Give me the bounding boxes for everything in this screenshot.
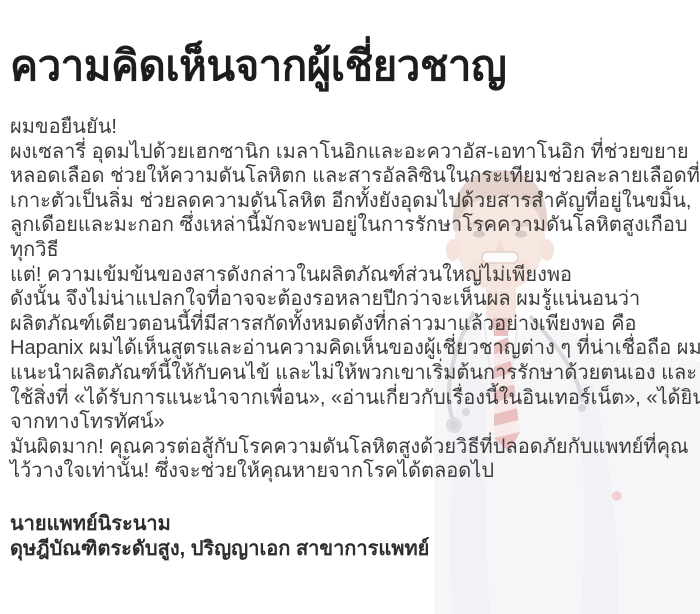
- body-line: แนะนำผลิตภัณฑ์นี้ให้กับคนไข้ และไม่ให้พว…: [10, 361, 690, 386]
- page-title: ความคิดเห็นจากผู้เชี่ยวชาญ: [10, 38, 690, 93]
- signature-name: นายแพทย์นิระนาม: [10, 512, 690, 537]
- article-content: ความคิดเห็นจากผู้เชี่ยวชาญ ผมขอยืนยัน! ผ…: [0, 38, 700, 562]
- body-line: Hapanix ผมได้เห็นสูตรและอ่านความคิดเห็นข…: [10, 336, 690, 361]
- body-line: ผมขอยืนยัน!: [10, 115, 690, 140]
- body-line: จากทางโทรทัศน์»: [10, 410, 690, 435]
- body-line: ผลิตภัณฑ์เดียวตอนนี้ที่มีสารสกัดทั้งหมดด…: [10, 312, 690, 337]
- body-line: แต่! ความเข้มข้นของสารดังกล่าวในผลิตภัณฑ…: [10, 263, 690, 288]
- signature-block: นายแพทย์นิระนาม ดุษฎีบัณฑิตระดับสูง, ปริ…: [10, 512, 690, 562]
- body-line: ลูกเดือยและมะกอก ซึ่งเหล่านี้มักจะพบอยู่…: [10, 213, 690, 238]
- body-line: ไว้วางใจเท่านั้น! ซึ่งจะช่วยให้คุณหายจาก…: [10, 459, 690, 484]
- body-line: เกาะตัวเป็นลิ่ม ช่วยลดความดันโลหิต อีกทั…: [10, 189, 690, 214]
- body-line: หลอดเลือด ช่วยให้ความดันโลหิตก และสารอัล…: [10, 164, 690, 189]
- article-body: ผมขอยืนยัน! ผงเซลารี่ อุดมไปด้วยเฮกซานิก…: [10, 115, 690, 484]
- signature-credentials: ดุษฎีบัณฑิตระดับสูง, ปริญญาเอก สาขาการแพ…: [10, 537, 690, 562]
- body-line: ผงเซลารี่ อุดมไปด้วยเฮกซานิก เมลาโนอิกแล…: [10, 140, 690, 165]
- body-line: ทุกวิธี: [10, 238, 690, 263]
- body-line: มันผิดมาก! คุณควรต่อสู้กับโรคความดันโลหิ…: [10, 435, 690, 460]
- body-line: ใช้สิ่งที่ «ได้รับการแนะนำจากเพื่อน», «อ…: [10, 386, 690, 411]
- body-line: ดังนั้น จึงไม่น่าแปลกใจที่อาจจะต้องรอหลา…: [10, 287, 690, 312]
- article-page: ความคิดเห็นจากผู้เชี่ยวชาญ ผมขอยืนยัน! ผ…: [0, 0, 700, 614]
